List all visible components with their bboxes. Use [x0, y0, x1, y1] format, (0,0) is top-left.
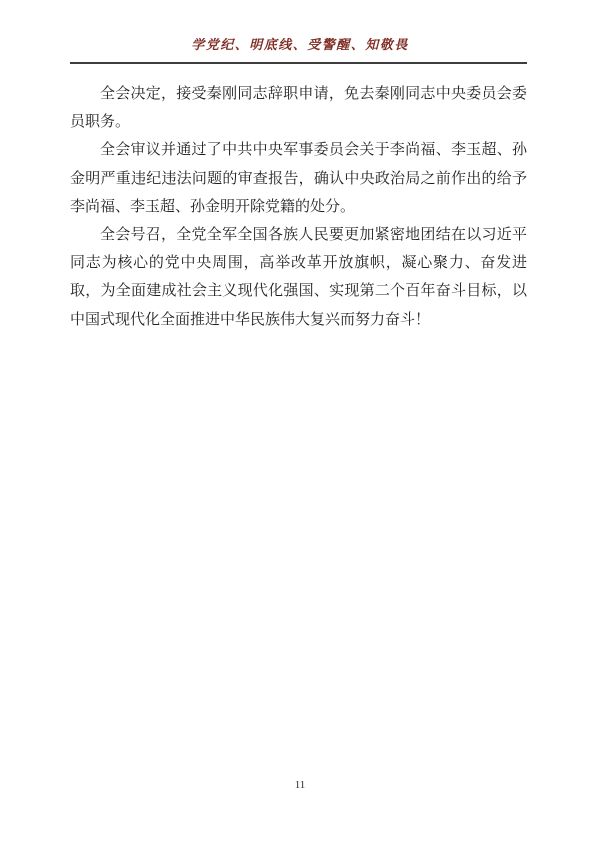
- paragraph-2: 全会审议并通过了中共中央军事委员会关于李尚福、李玉超、孙金明严重违纪违法问题的审…: [70, 136, 527, 221]
- page-number: 11: [295, 779, 306, 791]
- document-body: 全会决定，接受秦刚同志辞职申请，免去秦刚同志中央委员会委员职务。 全会审议并通过…: [70, 80, 527, 334]
- header-title: 学党纪、明底线、受警醒、知敬畏: [0, 36, 600, 53]
- document-page: 学党纪、明底线、受警醒、知敬畏 全会决定，接受秦刚同志辞职申请，免去秦刚同志中央…: [0, 0, 600, 848]
- header-rule: [70, 62, 527, 64]
- paragraph-3: 全会号召，全党全军全国各族人民要更加紧密地团结在以习近平同志为核心的党中央周围，…: [70, 221, 527, 334]
- paragraph-1: 全会决定，接受秦刚同志辞职申请，免去秦刚同志中央委员会委员职务。: [70, 80, 527, 136]
- page-header: 学党纪、明底线、受警醒、知敬畏: [0, 36, 600, 64]
- page-footer: 11: [0, 779, 600, 791]
